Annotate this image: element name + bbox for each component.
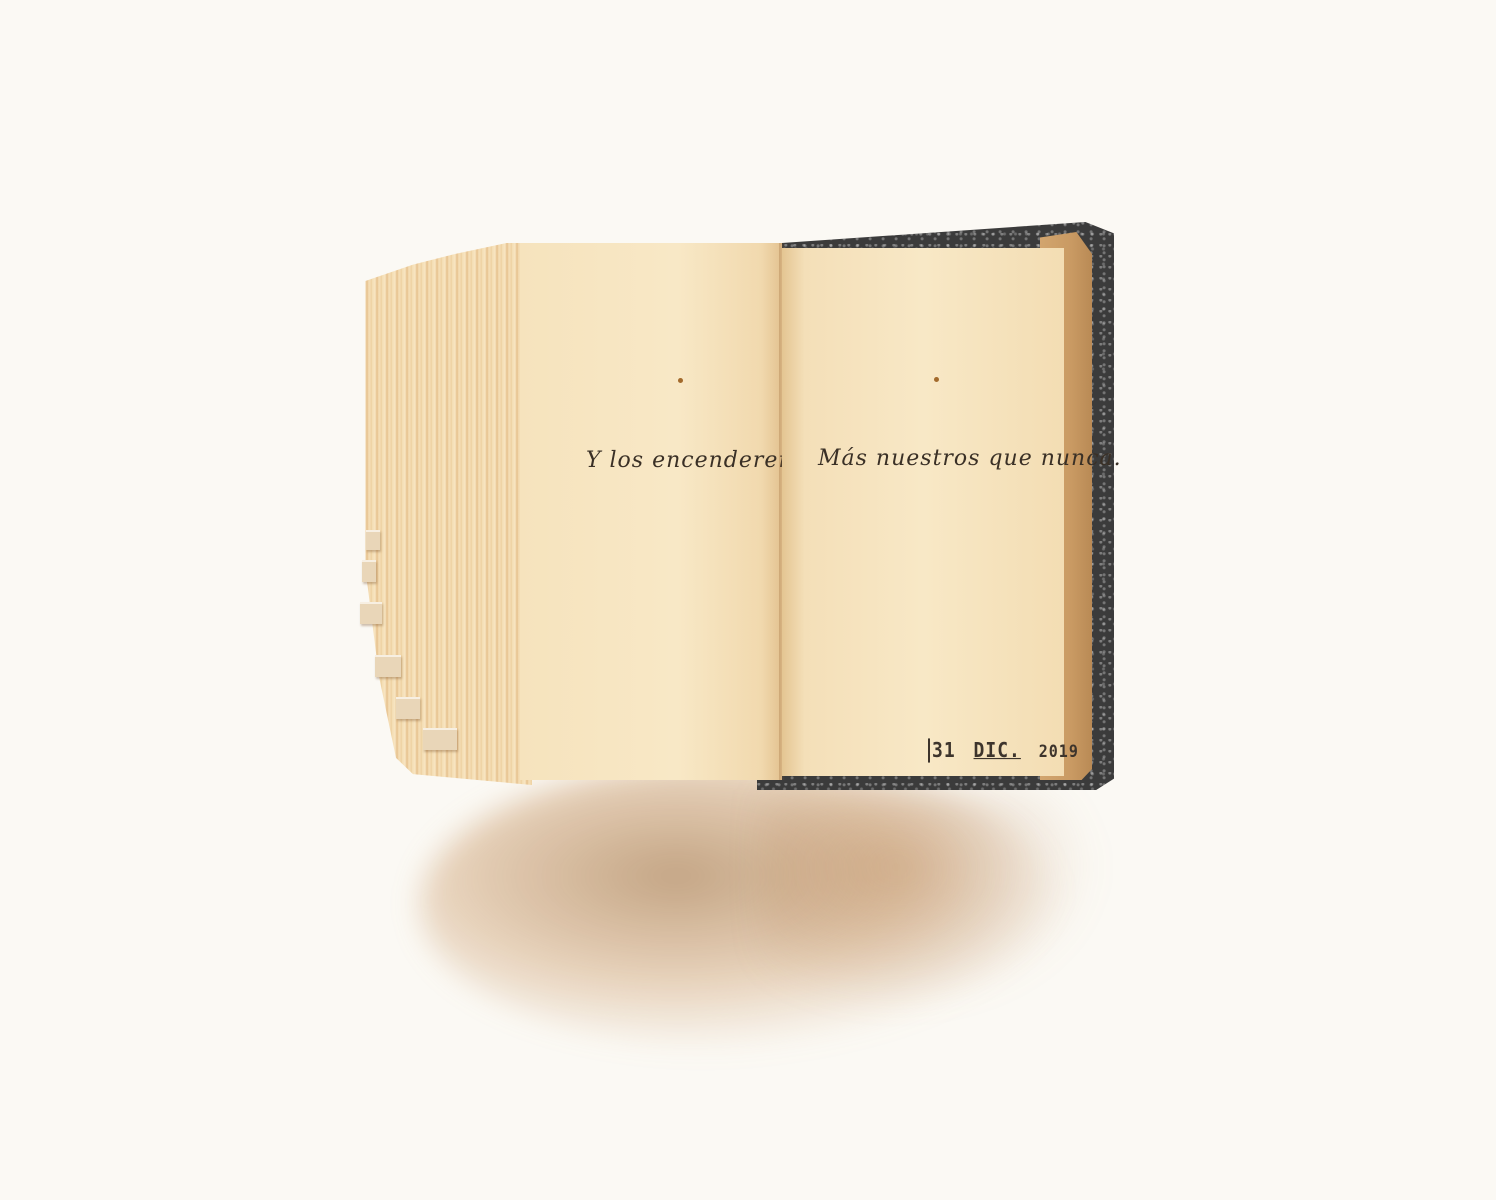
book-shadow-secondary (760, 790, 1100, 1010)
page-tab (366, 530, 380, 550)
page-tab (396, 697, 420, 719)
stamp-day: 31 (928, 738, 956, 762)
page-tab (375, 655, 401, 677)
left-page: Y los encenderemos. (520, 243, 782, 780)
pin-hole (678, 378, 683, 383)
pin-hole (934, 377, 939, 382)
photo-scene: Y los encenderemos. Más nuestros que nun… (0, 0, 1496, 1200)
page-tab (423, 728, 457, 750)
page-tab (362, 560, 376, 582)
right-page: Más nuestros que nunca. (782, 248, 1064, 776)
right-page-handwriting: Más nuestros que nunca. (818, 446, 1122, 471)
page-stack-edges (362, 243, 532, 785)
page-tab (360, 602, 382, 624)
stamp-month: DIC. (974, 738, 1021, 762)
date-stamp: 31 DIC. 2019 (928, 738, 1079, 762)
stamp-year: 2019 (1039, 741, 1079, 762)
